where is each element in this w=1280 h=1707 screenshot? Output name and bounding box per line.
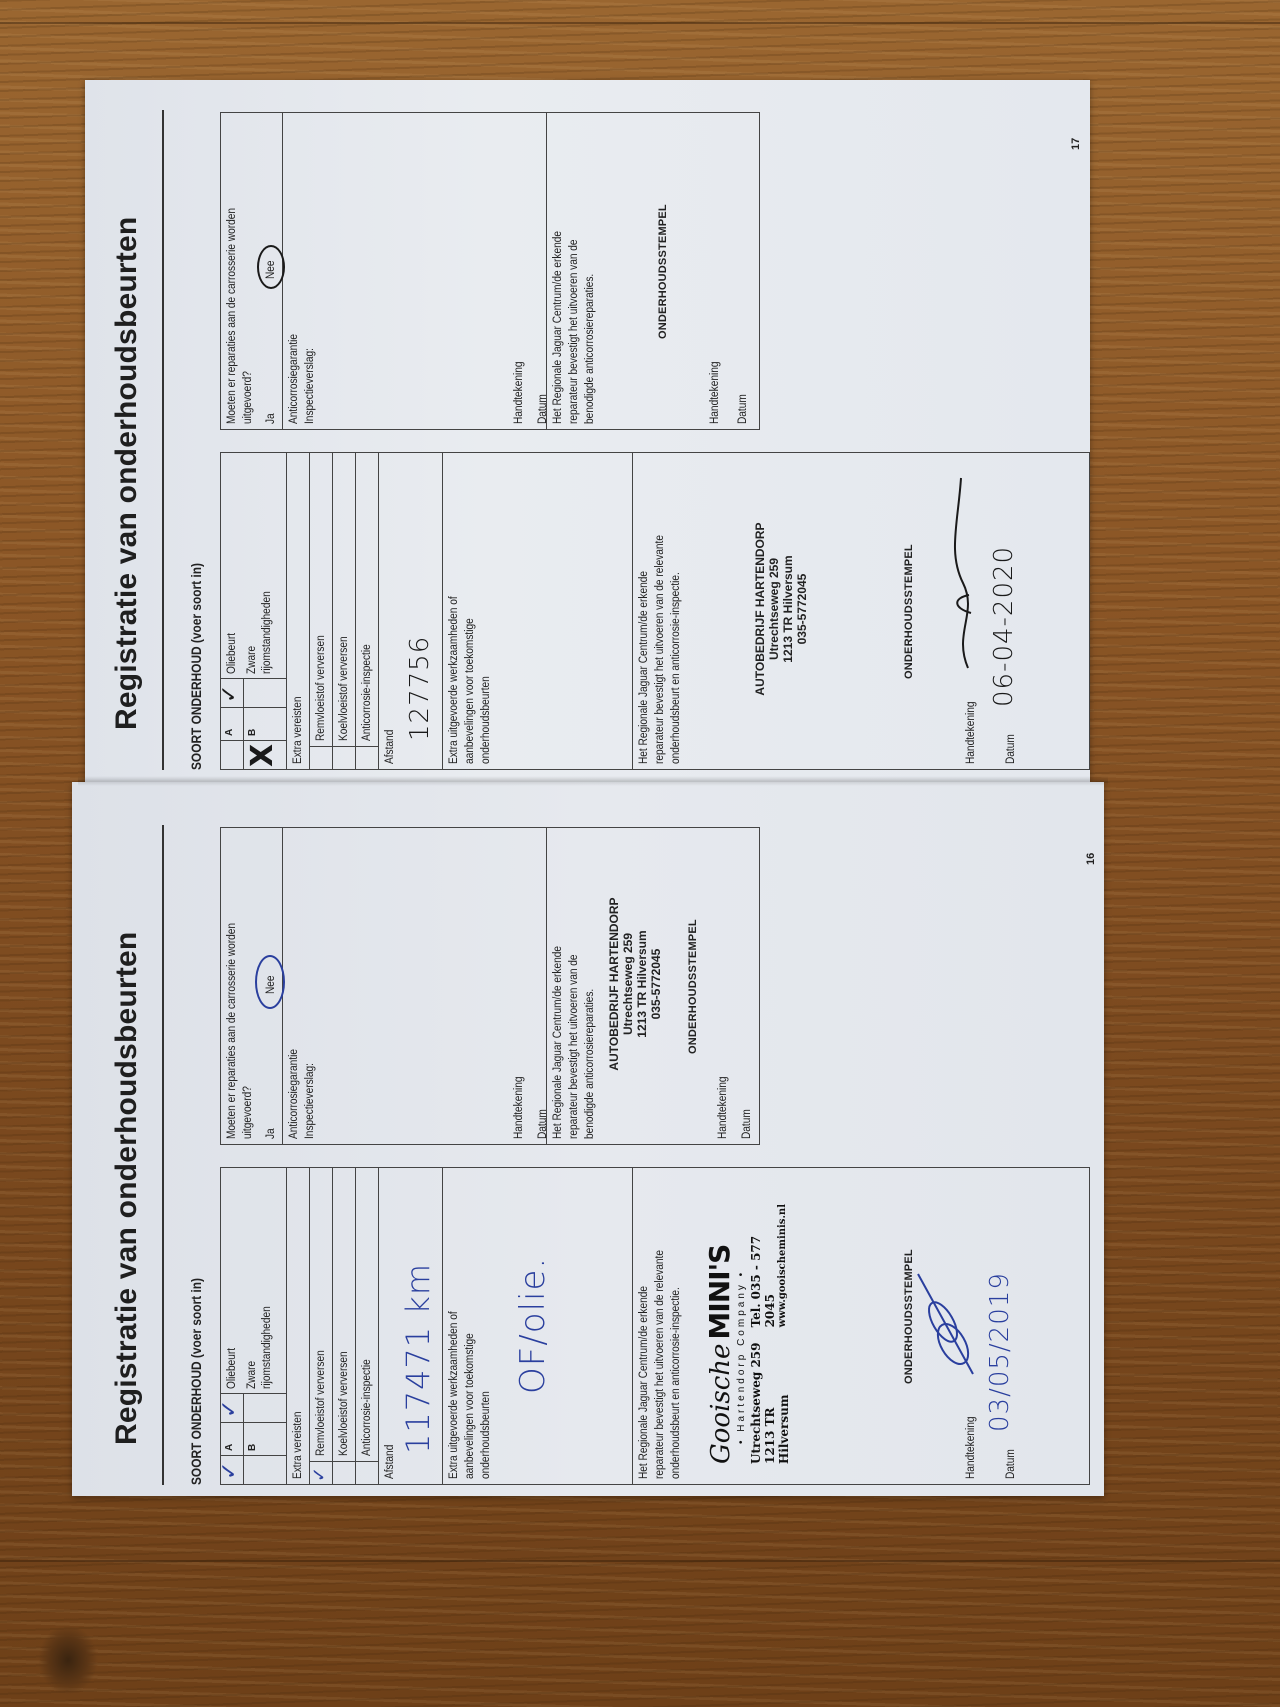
label-anticorrosiegarantie: Anticorrosiegarantie — [286, 155, 302, 424]
label-koelvloeistof: Koelvloeistof verversen — [336, 636, 352, 741]
ab-options: Oliebeurt Zwarerijomstandigheden — [221, 1168, 286, 1393]
stamp-label: ONDERHOUDSSTEMPEL — [687, 919, 699, 1054]
inspection-report[interactable]: Anticorrosiegarantie Inspectieverslag: H… — [283, 828, 547, 1144]
service-confirmation: Het Regionale Jaguar Centrum/de erkende … — [633, 1168, 1047, 1484]
extra-requirements: Extra vereisten Remvloeistof verversen K… — [287, 453, 379, 769]
mileage-value: 127756 — [405, 636, 435, 741]
page-title: Registratie van onderhoudsbeurten — [110, 217, 144, 730]
mileage-field[interactable]: Afstand 127756 — [379, 453, 443, 769]
label-handtekening: Handtekening — [707, 362, 723, 424]
confirm-repair-text: Het Regionale Jaguar Centrum/de erkende — [550, 155, 566, 424]
checkbox-anticorrosie[interactable] — [356, 1461, 378, 1484]
label-anticorrosiegarantie: Anticorrosiegarantie — [286, 870, 302, 1139]
ab-options: Oliebeurt Zwarerijomstandigheden — [221, 453, 286, 678]
confirm-repair-text: Het Regionale Jaguar Centrum/de erkende — [550, 870, 566, 1139]
label-anticorrosie: Anticorrosie-inspectie — [359, 1359, 375, 1456]
label-remvloeistof: Remvloeistof verversen — [313, 635, 329, 741]
label-extra-work: Extra uitgevoerde werkzaamheden of — [446, 1210, 462, 1479]
label-afstand: Afstand — [382, 495, 398, 764]
stamp-label: ONDERHOUDSSTEMPEL — [657, 204, 669, 339]
confirm-text: Het Regionale Jaguar Centrum/de erkende — [636, 495, 652, 764]
repair-question: Moeten er reparaties aan de carrosserie … — [221, 828, 283, 1144]
service-confirmation: Het Regionale Jaguar Centrum/de erkende … — [633, 453, 1047, 769]
repair-entry-form: Moeten er reparaties aan de carrosserie … — [220, 112, 760, 430]
label-a: A — [224, 1444, 235, 1451]
label-zware: Zwarerijomstandigheden — [245, 591, 275, 674]
label-handtekening: Handtekening — [511, 362, 527, 424]
service-date: 03/05/2019 — [985, 1272, 1015, 1432]
checkbox-koelvloeistof[interactable] — [333, 746, 355, 769]
service-date: 06-04-2020 — [989, 546, 1019, 707]
extra-requirements: Extra vereisten ✓Remvloeistof verversen … — [287, 1168, 379, 1484]
check-icon: ✓ — [309, 1466, 331, 1482]
checkbox-oliebeurt[interactable]: ✓ — [221, 1393, 286, 1422]
label-b: B — [247, 1444, 258, 1451]
option-ja[interactable]: Ja — [263, 1128, 279, 1139]
confirm-text: Het Regionale Jaguar Centrum/de erkende — [636, 1210, 652, 1479]
check-icon: ✓ — [219, 684, 241, 703]
checkbox-oliebeurt[interactable]: ✓ — [221, 678, 286, 707]
repair-confirmation: Het Regionale Jaguar Centrum/de erkende … — [547, 113, 759, 429]
signature-scribble — [913, 1264, 983, 1384]
repair-confirmation: Het Regionale Jaguar Centrum/de erkende … — [547, 828, 759, 1144]
extra-work-field[interactable]: Extra uitgevoerde werkzaamheden of aanbe… — [443, 453, 633, 769]
label-extra-work: Extra uitgevoerde werkzaamheden of — [446, 495, 462, 764]
circled-nee-mark — [257, 245, 285, 289]
page-number: 16 — [1085, 853, 1097, 865]
label-oliebeurt: Oliebeurt — [224, 633, 240, 674]
checkbox-a-b[interactable]: X — [221, 740, 286, 769]
repair-question: Moeten er reparaties aan de carrosserie … — [221, 113, 283, 429]
label-zware: Zwarerijomstandigheden — [245, 1306, 275, 1389]
label-oliebeurt: Oliebeurt — [224, 1348, 240, 1389]
wood-knot — [38, 1625, 98, 1695]
service-type-heading: SOORT ONDERHOUD (voer soort in) — [188, 563, 204, 770]
label-datum: Datum — [735, 394, 751, 424]
service-entry-form: X A B ✓ Oliebeurt Zwarerijomstandigheden… — [220, 452, 1090, 770]
stamp-phone: Tel. 035 - 577 2045 — [749, 1204, 777, 1327]
mark-b: X — [245, 743, 280, 767]
label-afstand: Afstand — [382, 1210, 398, 1479]
page-16: Registratie van onderhoudsbeurten SOORT … — [100, 795, 1100, 1485]
service-type-grid: X A B ✓ Oliebeurt Zwarerijomstandigheden — [221, 453, 287, 769]
service-type-grid: ✓ A B ✓ Oliebeurt Zwarerijomstandigheden — [221, 1168, 287, 1484]
checkbox-koelvloeistof[interactable] — [333, 1461, 355, 1484]
label-datum: Datum — [1003, 734, 1019, 764]
check-icon: ✓ — [219, 1399, 241, 1418]
ab-labels: A B — [221, 1422, 286, 1455]
label-koelvloeistof: Koelvloeistof verversen — [336, 1351, 352, 1456]
label-a: A — [224, 729, 235, 736]
stamp-address: Utrechtseweg 259 — [749, 1341, 763, 1464]
title-rule — [162, 825, 164, 1485]
date-field[interactable]: Datum — [1003, 730, 1019, 764]
signature-field[interactable]: Handtekening — [963, 693, 979, 764]
mark-a: ✓ — [219, 1461, 241, 1480]
ab-labels: A B — [221, 707, 286, 740]
label-extra-vereisten: Extra vereisten — [290, 1210, 306, 1479]
checkbox-remvloeistof[interactable] — [310, 746, 332, 769]
label-handtekening: Handtekening — [511, 1077, 527, 1139]
mileage-value: 117471 km — [399, 1263, 437, 1454]
signature-field[interactable]: Handtekening — [963, 1408, 979, 1479]
repair-question-text: Moeten er reparaties aan de carrosserie … — [224, 155, 240, 424]
extra-work-field[interactable]: Extra uitgevoerde werkzaamheden of aanbe… — [443, 1168, 633, 1484]
label-datum: Datum — [739, 1109, 755, 1139]
label-inspectieverslag: Inspectieverslag: — [302, 870, 318, 1139]
circled-nee-mark — [255, 955, 285, 1009]
stamp-label: ONDERHOUDSSTEMPEL — [903, 544, 915, 679]
page-number: 17 — [1070, 138, 1082, 150]
table-seam — [0, 1560, 1280, 1562]
page-17: Registratie van onderhoudsbeurten SOORT … — [100, 90, 1090, 770]
label-anticorrosie: Anticorrosie-inspectie — [359, 644, 375, 741]
date-field[interactable]: Datum — [1003, 1445, 1019, 1479]
label-remvloeistof: Remvloeistof verversen — [313, 1350, 329, 1456]
inspection-report[interactable]: Anticorrosiegarantie Inspectieverslag: H… — [283, 113, 547, 429]
label-b: B — [247, 729, 258, 736]
mileage-field[interactable]: Afstand 117471 km — [379, 1168, 443, 1484]
booklet-spine — [78, 776, 1108, 786]
gooische-minis-stamp: Gooische MINI'S • Hartendorp Company • U… — [703, 1204, 791, 1464]
checkbox-a-b[interactable]: ✓ — [221, 1455, 286, 1484]
table-seam — [0, 22, 1280, 24]
label-extra-vereisten: Extra vereisten — [290, 495, 306, 764]
repair-entry-form: Moeten er reparaties aan de carrosserie … — [220, 827, 760, 1145]
label-handtekening: Handtekening — [963, 1417, 979, 1479]
label-datum: Datum — [1003, 1449, 1019, 1479]
label-inspectieverslag: Inspectieverslag: — [302, 155, 318, 424]
page-title: Registratie van onderhoudsbeurten — [110, 932, 144, 1445]
signature-scribble — [933, 473, 983, 673]
label-handtekening: Handtekening — [963, 702, 979, 764]
repair-question-text: Moeten er reparaties aan de carrosserie … — [224, 870, 240, 1139]
option-ja[interactable]: Ja — [263, 413, 279, 424]
title-rule — [162, 110, 164, 770]
service-entry-form: ✓ A B ✓ Oliebeurt Zwarerijomstandigheden… — [220, 1167, 1090, 1485]
checkbox-remvloeistof[interactable]: ✓ — [310, 1461, 332, 1484]
service-type-heading: SOORT ONDERHOUD (voer soort in) — [188, 1278, 204, 1485]
checkbox-anticorrosie[interactable] — [356, 746, 378, 769]
label-handtekening: Handtekening — [715, 1077, 731, 1139]
stamp-web: www.gooischeminis.nl — [777, 1204, 788, 1327]
stamp-logo-script: Gooische — [706, 1344, 736, 1464]
stamp-logo-bold: MINI'S — [703, 1245, 736, 1340]
extra-work-notes: OF/olie. — [513, 1257, 553, 1394]
stamp-logo-sub: • Hartendorp Company • — [736, 1204, 747, 1444]
dealer-stamp: AUTOBEDRIJF HARTENDORP Utrechtseweg 259 … — [753, 519, 809, 699]
dealer-stamp: AUTOBEDRIJF HARTENDORP Utrechtseweg 259 … — [607, 894, 663, 1074]
